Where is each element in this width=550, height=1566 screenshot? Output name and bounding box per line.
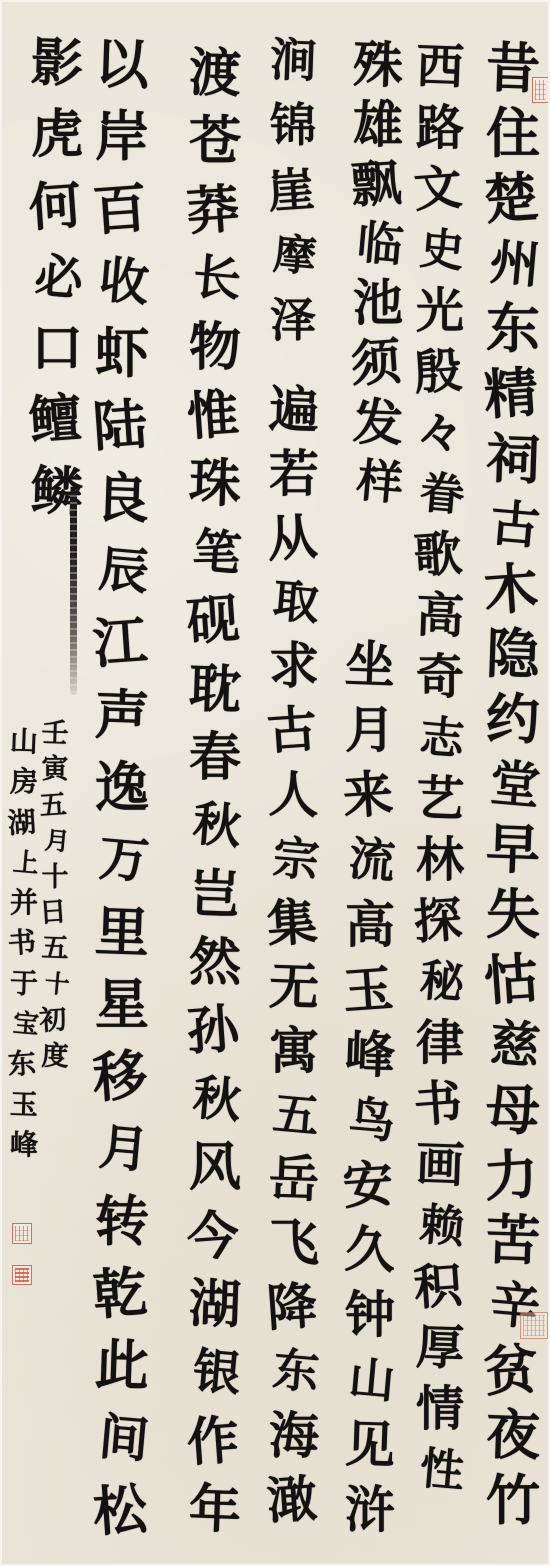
calligraphy-character: 春 (180, 724, 250, 792)
calligraphy-character: 山 (338, 1347, 406, 1412)
calligraphy-character: 积 (403, 1255, 473, 1320)
calligraphy-character: 殷 (403, 340, 473, 405)
artist-seal-1 (12, 1223, 32, 1244)
seal-mark-icon (15, 1268, 29, 1282)
calligraphy-character: 星 (86, 968, 158, 1040)
calligraphy-character: 取 (263, 570, 329, 634)
calligraphy-character: 十 (39, 967, 75, 1003)
calligraphy-character: 转 (86, 1185, 158, 1257)
calligraphy-character: 赖 (409, 1196, 474, 1257)
seal-mark-icon (15, 1226, 29, 1241)
calligraphy-character: 泽 (260, 288, 326, 353)
calligraphy-character: 志 (409, 708, 474, 769)
calligraphy-character: 鳣 (18, 382, 93, 458)
calligraphy-character: 并 (6, 883, 42, 923)
text-column-4-upper: 涧锦崖摩泽 (260, 28, 326, 353)
calligraphy-character: 文 (403, 157, 473, 222)
calligraphy-character: 隐 (477, 621, 549, 688)
calligraphy-character: 无 (260, 954, 328, 1020)
calligraphy-character: 发 (343, 391, 413, 453)
calligraphy-character: 失 (478, 882, 548, 947)
calligraphy-character: 万 (88, 824, 160, 896)
calligraphy-character: 降 (257, 1273, 327, 1342)
calligraphy-character: 临 (346, 214, 413, 274)
calligraphy-character: 涧 (259, 27, 327, 94)
calligraphy-character: 情 (407, 1379, 473, 1440)
calligraphy-character: 安 (332, 1150, 404, 1220)
calligraphy-character: 口 (22, 313, 92, 384)
calligraphy-character: 母 (478, 1078, 548, 1143)
calligraphy-character: 收 (88, 245, 160, 317)
calligraphy-character: 堂 (480, 752, 549, 817)
calligraphy-character: 何 (18, 168, 93, 244)
calligraphy-character: 楚 (474, 164, 548, 234)
calligraphy-character: 五 (263, 1083, 329, 1147)
calligraphy-character: 高 (406, 585, 474, 648)
calligraphy-character: 海 (261, 1404, 327, 1468)
text-column-7: 影虎何必口鳣鳞 (22, 28, 92, 527)
calligraphy-character: 苍 (180, 108, 250, 176)
calligraphy-character: 渡 (179, 39, 251, 110)
calligraphy-character: 影 (21, 27, 93, 101)
calligraphy-character: 见 (335, 1411, 405, 1478)
calligraphy-character: 岸 (86, 100, 158, 172)
calligraphy-character: 贫 (474, 1336, 548, 1406)
calligraphy-character: 月 (39, 824, 75, 860)
calligraphy-character: 力 (474, 1140, 548, 1210)
calligraphy-character: 里 (85, 894, 159, 969)
calligraphy-character: 房 (6, 762, 42, 802)
calligraphy-character: 砚 (176, 585, 251, 658)
calligraphy-character: 辰 (88, 534, 160, 606)
seal-mark-icon (523, 1315, 545, 1336)
calligraphy-character: 玉 (332, 955, 404, 1025)
calligraphy-character: 祠 (477, 425, 549, 492)
calligraphy-character: 来 (332, 760, 404, 830)
calligraphy-character: 殊 (343, 34, 413, 96)
calligraphy-character: 孙 (176, 995, 251, 1068)
text-column-1: 昔住楚州东精祠古木隐约堂早失怙慈母力苦辛贫夜竹 (478, 36, 548, 1533)
calligraphy-character: 住 (478, 101, 548, 166)
calligraphy-character: 百 (82, 170, 159, 247)
calligraphy-character: 木 (474, 555, 548, 625)
calligraphy-character: 长 (182, 245, 252, 313)
calligraphy-character: 岳 (260, 1146, 328, 1212)
calligraphy-character: 精 (474, 359, 548, 429)
calligraphy-character: 歌 (403, 523, 473, 588)
calligraphy-character: 古 (257, 696, 327, 765)
text-column-3-lower: 坐月来流高玉峰鸟安久钟山见浒 (336, 632, 404, 1542)
calligraphy-character: 池 (344, 273, 412, 333)
calligraphy-character: 雄 (344, 95, 412, 155)
calligraphy-character: 作 (176, 1406, 251, 1479)
calligraphy-character: 鳞 (21, 455, 93, 529)
calligraphy-character: 澉 (257, 1466, 327, 1535)
calligraphy-character: 书 (3, 922, 42, 965)
calligraphy-character: 须 (340, 331, 412, 395)
calligraphy-character: 逸 (86, 751, 158, 823)
calligraphy-character: 秋 (182, 1066, 252, 1134)
calligraphy-character: 寅 (37, 752, 73, 788)
calligraphy-character: 性 (409, 1440, 474, 1501)
seal-stamp-right-lower (520, 1312, 548, 1339)
calligraphy-character: 东 (3, 1043, 42, 1086)
calligraphy-character: 岂 (179, 859, 251, 930)
calligraphy-character: 松 (82, 1472, 159, 1549)
calligraphy-character: 然 (180, 929, 250, 997)
calligraphy-character: 山 (5, 721, 42, 763)
calligraphy-character: 月 (88, 1113, 160, 1185)
calligraphy-character: 钟 (336, 1282, 404, 1347)
calligraphy-character: 虎 (22, 99, 92, 170)
calligraphy-character: 鸟 (338, 1087, 406, 1152)
calligraphy-character: 移 (82, 1038, 159, 1115)
calligraphy-character: 求 (261, 634, 327, 698)
calligraphy-character: 物 (180, 314, 250, 382)
calligraphy-character: 东 (263, 1340, 329, 1404)
calligraphy-character: 必 (24, 242, 94, 313)
calligraphy-character: 林 (407, 830, 473, 891)
calligraphy-character: 早 (477, 816, 549, 883)
calligraphy-character: 怙 (474, 945, 548, 1015)
calligraphy-character: 珠 (179, 449, 251, 520)
inscription-signature-column: 山房湖上并书于宝东玉峰 (6, 722, 42, 1165)
calligraphy-character: 遍 (260, 377, 328, 443)
calligraphy-character: 秘 (409, 952, 474, 1013)
calligraphy-character: 集 (257, 889, 327, 958)
calligraphy-character: 玉 (5, 1084, 42, 1126)
seal-mark-icon (535, 80, 546, 100)
calligraphy-character: 奇 (407, 647, 473, 708)
calligraphy-character: 々 (406, 402, 474, 465)
calligraphy-character: 间 (88, 1402, 160, 1474)
calligraphy-character: 画 (406, 1134, 474, 1197)
calligraphy-character: 耽 (179, 654, 251, 725)
calligraphy-character: 月 (336, 697, 404, 762)
text-column-2: 西路文史光殷々眷歌高奇志艺林探秘律书画赖积厚情性 (407, 37, 473, 1501)
trailing-brush-stroke (70, 490, 77, 695)
calligraphy-character: 峰 (6, 1125, 42, 1165)
calligraphy-character: 厚 (406, 1317, 474, 1380)
calligraphy-character: 峰 (335, 1021, 405, 1088)
calligraphy-character: 今 (176, 1200, 251, 1273)
calligraphy-character: 律 (407, 1013, 473, 1074)
calligraphy-character: 风 (180, 1134, 250, 1202)
calligraphy-character: 史 (409, 220, 474, 281)
calligraphy-character: 浒 (336, 1477, 404, 1542)
calligraphy-character: 于 (5, 963, 42, 1005)
calligraphy-character: 宗 (263, 827, 329, 891)
calligraphy-character: 艺 (406, 768, 474, 831)
calligraphy-character: 探 (403, 889, 473, 954)
calligraphy-character: 江 (82, 604, 159, 681)
calligraphy-character: 陆 (82, 387, 159, 464)
calligraphy-character: 飘 (340, 152, 412, 216)
calligraphy-character: 约 (478, 687, 548, 752)
calligraphy-character: 竹 (478, 1468, 548, 1533)
calligraphy-character: 眷 (409, 464, 474, 525)
calligraphy-character: 乾 (82, 1255, 159, 1332)
calligraphy-character: 秋 (182, 793, 252, 861)
calligraphy-character: 若 (261, 442, 327, 506)
calligraphy-character: 锦 (260, 93, 326, 158)
calligraphy-character: 年 (179, 1475, 251, 1546)
calligraphy-character: 东 (478, 296, 548, 361)
calligraphy-character: 笔 (182, 519, 252, 587)
seal-stamp-top-right (532, 77, 549, 103)
calligraphy-scroll: 昔住楚州东精祠古木隐约堂早失怙慈母力苦辛贫夜竹 西路文史光殷々眷歌高奇志艺林探秘… (0, 0, 550, 1566)
calligraphy-character: 此 (85, 1328, 159, 1403)
text-column-4-lower: 遍若从取求古人宗集无寓五岳飞降东海澉 (261, 378, 327, 1532)
calligraphy-character: 古 (480, 492, 549, 557)
text-column-5: 渡苍莽长物惟珠笔砚耽春秋岂然孙秋风今湖银作年 (180, 40, 250, 1545)
calligraphy-character: 坐 (335, 631, 405, 698)
calligraphy-character: 莽 (176, 175, 251, 248)
calligraphy-character: 夜 (477, 1402, 549, 1469)
calligraphy-character: 苦 (477, 1206, 549, 1273)
calligraphy-character: 飞 (261, 1211, 327, 1275)
calligraphy-character: 样 (346, 452, 413, 512)
calligraphy-character: 书 (403, 1072, 473, 1137)
calligraphy-character: 崖 (256, 156, 326, 225)
calligraphy-character: 寓 (261, 1019, 327, 1083)
calligraphy-character: 路 (407, 98, 473, 159)
calligraphy-character: 宝 (8, 1004, 44, 1044)
calligraphy-character: 慈 (480, 1012, 549, 1077)
calligraphy-character: 虾 (86, 317, 158, 389)
calligraphy-character: 光 (407, 281, 473, 342)
calligraphy-character: 湖 (3, 802, 42, 845)
calligraphy-character: 流 (338, 827, 406, 892)
artist-seal-2 (12, 1265, 32, 1285)
calligraphy-character: 银 (182, 1340, 252, 1408)
text-column-6: 以岸百收虾陆良辰江声逸万里星移月转乾此间松 (86, 28, 158, 1546)
calligraphy-character: 以 (85, 27, 159, 102)
calligraphy-character: 湖 (179, 1270, 251, 1341)
calligraphy-character: 人 (260, 761, 328, 827)
calligraphy-character: 声 (85, 677, 159, 752)
calligraphy-character: 惟 (176, 380, 251, 453)
calligraphy-character: 州 (480, 231, 549, 296)
calligraphy-character: 良 (85, 461, 159, 536)
calligraphy-character: 久 (335, 1216, 405, 1283)
calligraphy-character: 摩 (262, 223, 328, 288)
calligraphy-character: 从 (257, 504, 327, 573)
calligraphy-character: 高 (336, 892, 404, 957)
calligraphy-character: 上 (8, 843, 44, 883)
calligraphy-character: 西 (406, 36, 474, 99)
text-column-3-upper: 殊雄飘临池须发样 (344, 35, 412, 512)
